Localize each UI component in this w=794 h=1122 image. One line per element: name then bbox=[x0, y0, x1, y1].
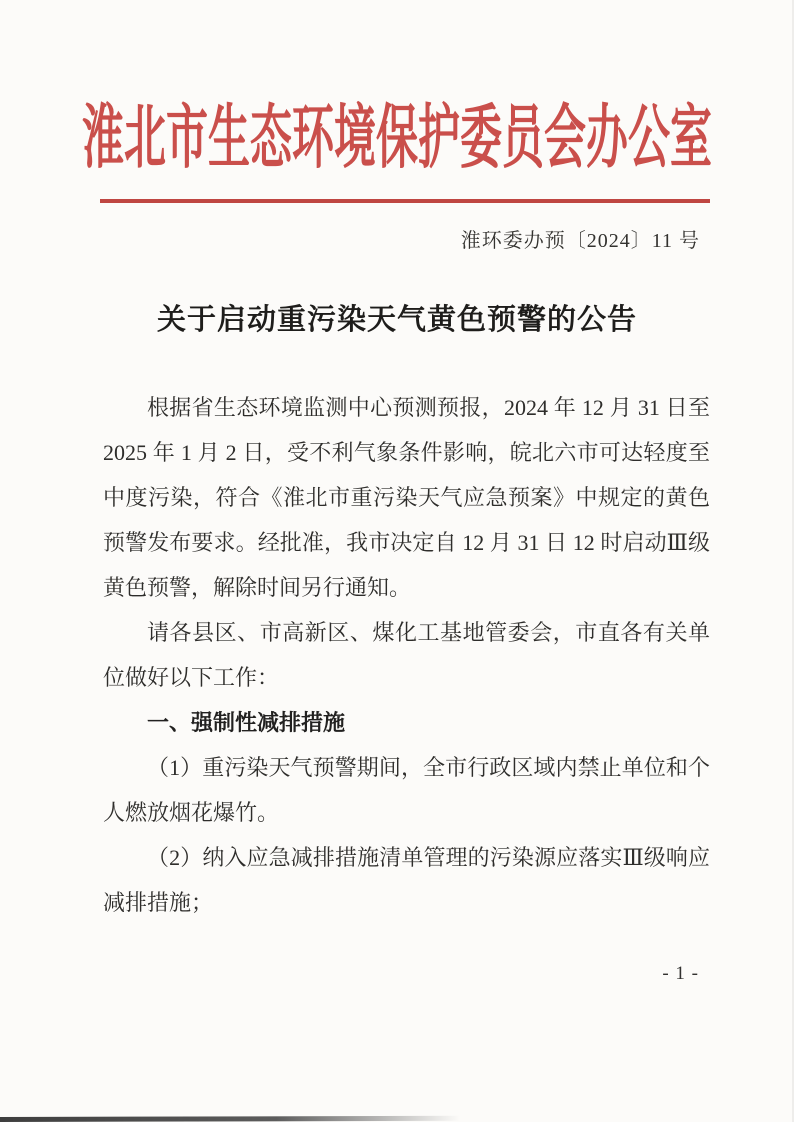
page-number: - 1 - bbox=[662, 963, 699, 985]
body-line: 位做好以下工作： bbox=[103, 655, 710, 700]
notice-title: 关于启动重污染天气黄色预警的公告 bbox=[0, 297, 794, 338]
scan-bottom-edge-artifact bbox=[0, 1116, 460, 1122]
letterhead-divider-rule bbox=[100, 199, 710, 203]
body-line: （1）重污染天气预警期间，全市行政区域内禁止单位和个 bbox=[103, 745, 710, 790]
body-line: 减排措施； bbox=[103, 880, 710, 925]
body-line: 根据省生态环境监测中心预测预报，2024 年 12 月 31 日至 bbox=[103, 385, 710, 430]
notice-body: 根据省生态环境监测中心预测预报，2024 年 12 月 31 日至2025 年 … bbox=[103, 385, 710, 925]
body-line: （2）纳入应急减排措施清单管理的污染源应落实Ⅲ级响应 bbox=[103, 835, 710, 880]
body-line: 中度污染，符合《淮北市重污染天气应急预案》中规定的黄色 bbox=[103, 475, 710, 520]
body-line: 黄色预警，解除时间另行通知。 bbox=[103, 565, 710, 610]
letterhead-issuer-text: 淮北市生态环境保护委员会办公室 bbox=[82, 105, 712, 174]
body-line: 2025 年 1 月 2 日，受不利气象条件影响，皖北六市可达轻度至 bbox=[103, 430, 710, 475]
body-line: 预警发布要求。经批准，我市决定自 12 月 31 日 12 时启动Ⅲ级 bbox=[103, 520, 710, 565]
body-line: 请各县区、市高新区、煤化工基地管委会，市直各有关单 bbox=[103, 610, 710, 655]
body-line: 人燃放烟花爆竹。 bbox=[103, 790, 710, 835]
document-page: 淮北市生态环境保护委员会办公室 淮环委办预〔2024〕11 号 关于启动重污染天… bbox=[0, 0, 794, 1122]
section-heading: 一、强制性减排措施 bbox=[103, 700, 710, 745]
letterhead-issuer: 淮北市生态环境保护委员会办公室 bbox=[0, 102, 794, 150]
document-number: 淮环委办预〔2024〕11 号 bbox=[461, 224, 700, 253]
